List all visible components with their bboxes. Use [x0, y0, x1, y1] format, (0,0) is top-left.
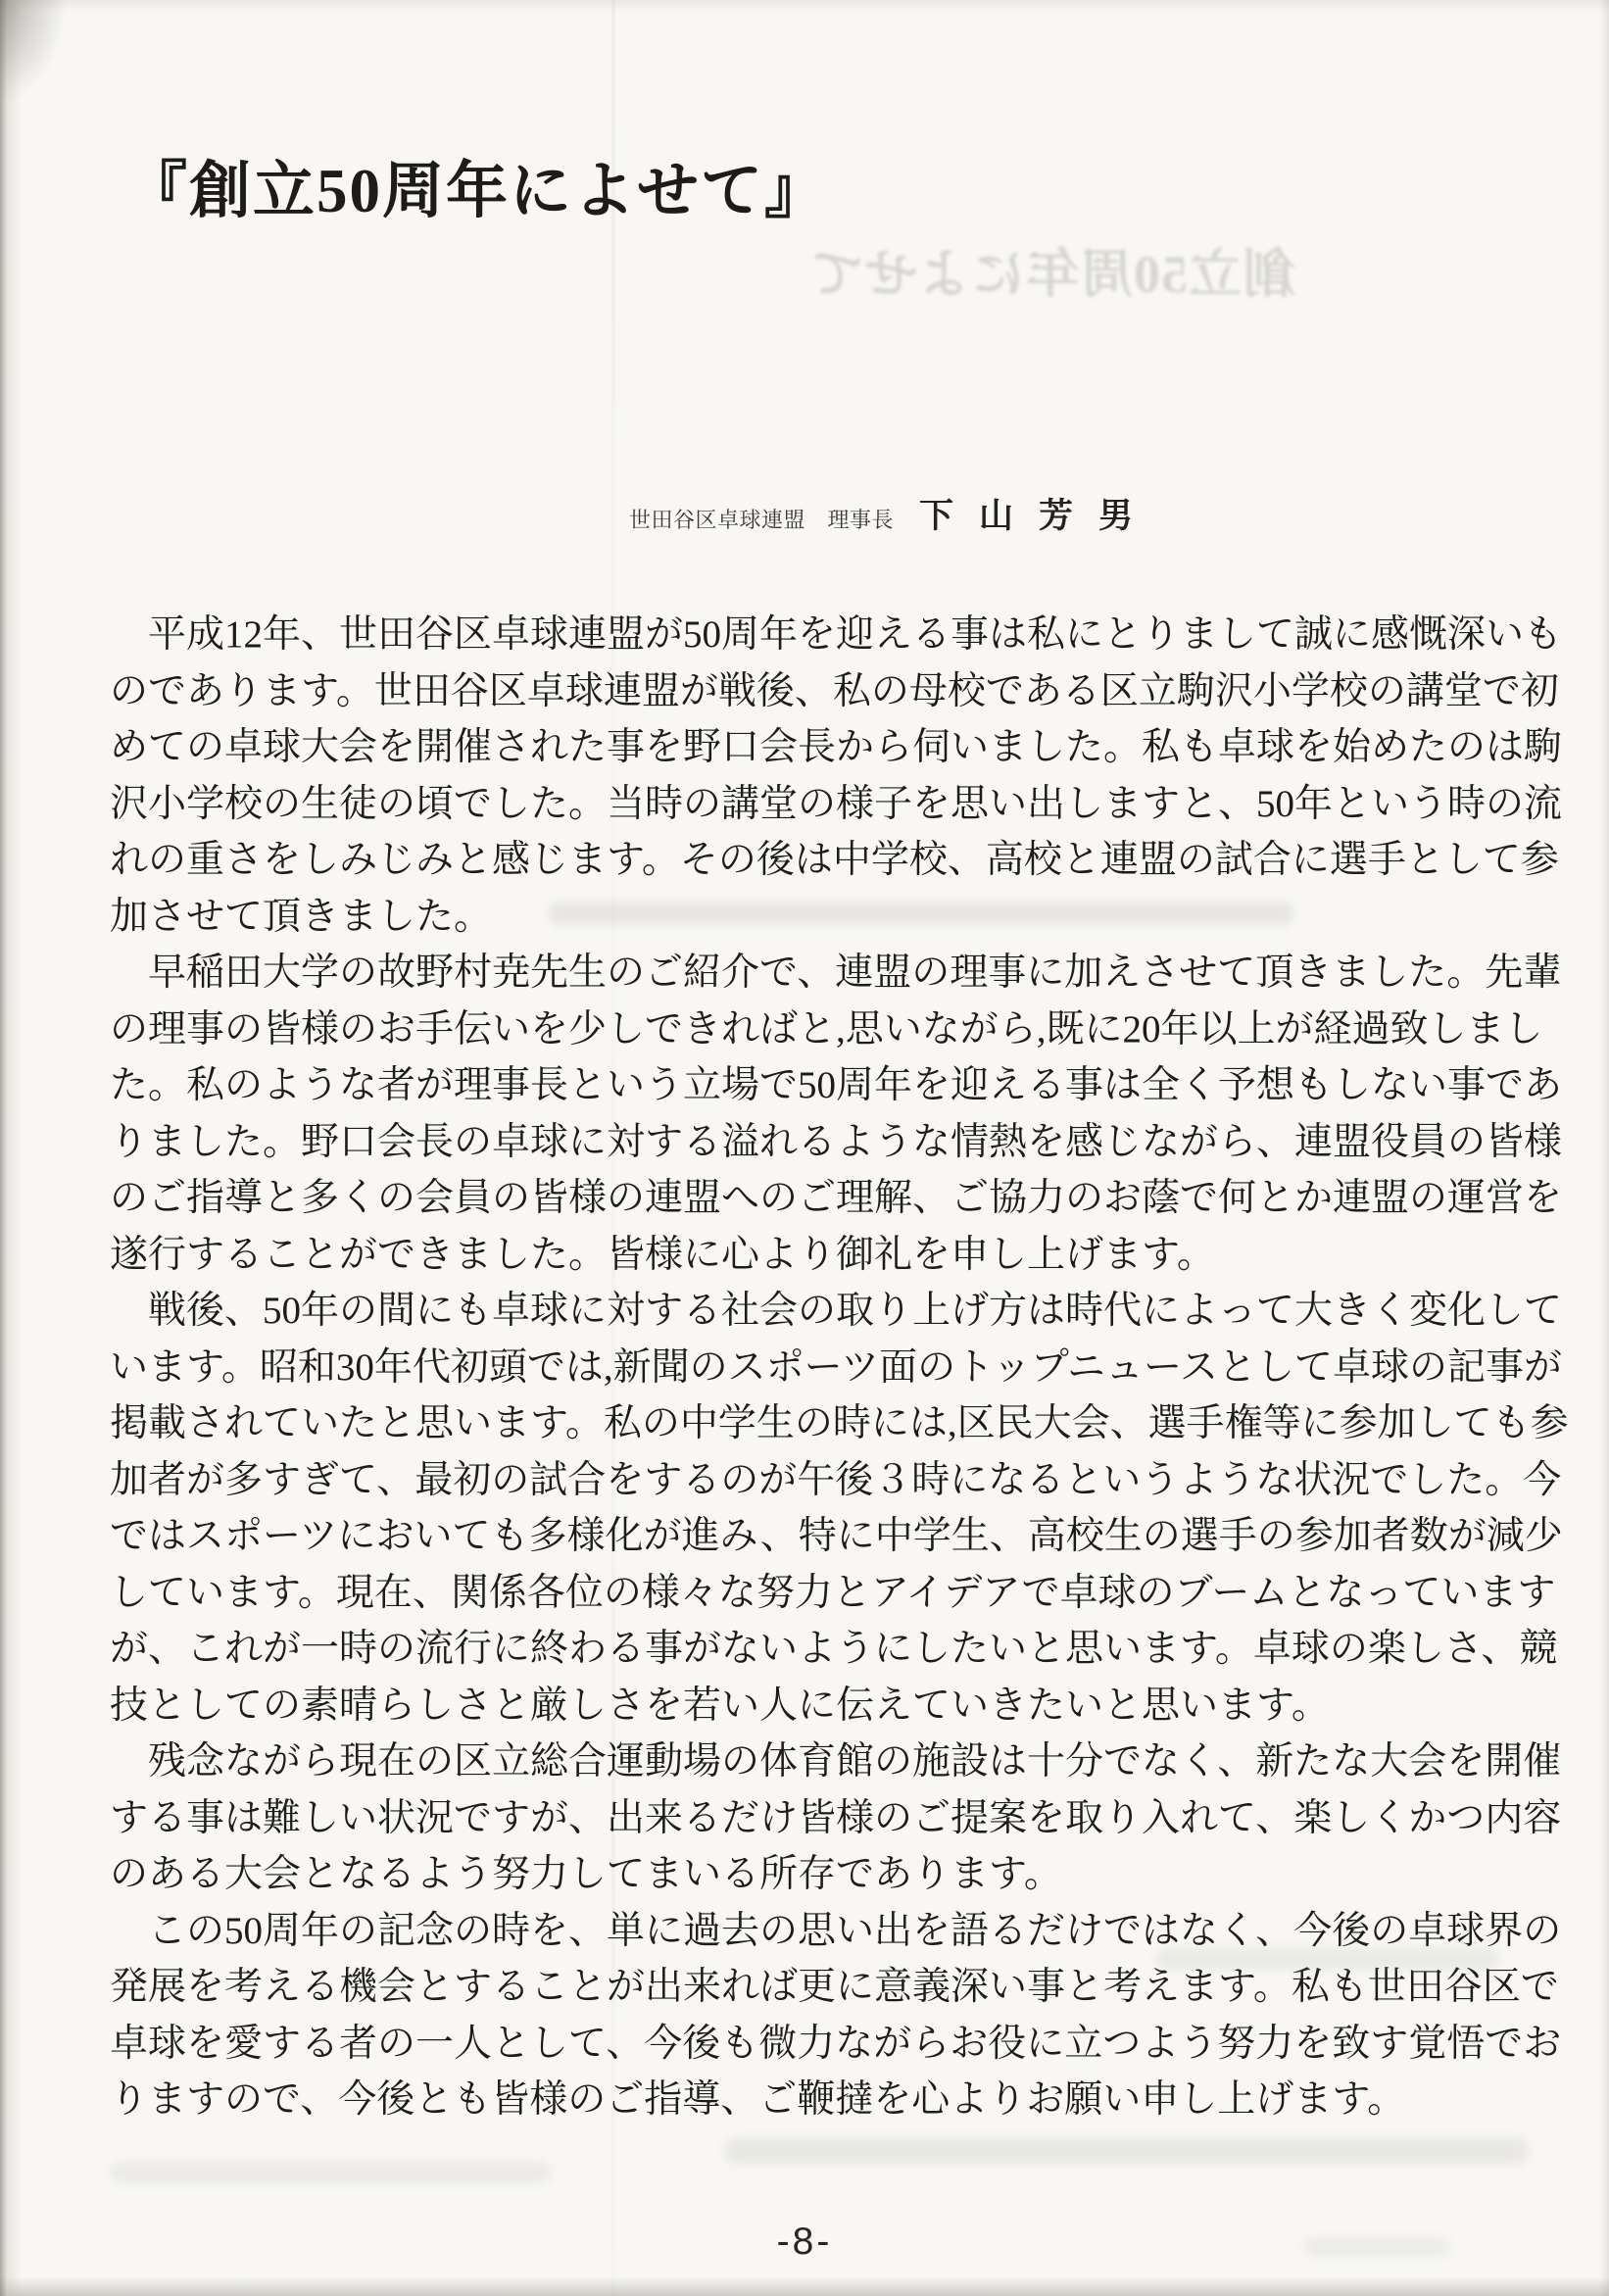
body-line: りますので、今後とも皆様のご指導、ご鞭撻を心よりお願い申し上げます。 — [110, 2072, 1491, 2128]
body-line: 加者が多すぎて、最初の試合をするのが午後３時になるというような状況でした。今 — [110, 1452, 1491, 1509]
body-line: しています。現在、関係各位の様々な努力とアイデアで卓球のブームとなっています — [110, 1565, 1491, 1622]
body-line: りました。野口会長の卓球に対する溢れるような情熱を感じながら、連盟役員の皆様 — [110, 1114, 1491, 1171]
body-line: います。昭和30年代初頭では,新聞のスポーツ面のトップニュースとして卓球の記事が — [110, 1340, 1491, 1396]
body-line: 卓球を愛する者の一人として、今後も微力ながらお役に立つよう努力を致す覚悟でお — [110, 2016, 1491, 2073]
showthrough-smudge — [1156, 1948, 1499, 1970]
body-line: のある大会となるよう努力してまいる所存であります。 — [110, 1846, 1491, 1903]
body-line: 技としての素晴らしさと厳しさを若い人に伝えていきたいと思います。 — [110, 1678, 1491, 1734]
body-line: 早稲田大学の故野村尭先生のご紹介で、連盟の理事に加えさせて頂きました。先輩 — [110, 945, 1491, 1001]
body-line: 残念ながら現在の区立総合運動場の体育館の施設は十分でなく、新たな大会を開催 — [110, 1734, 1491, 1790]
author-organization: 世田谷区卓球連盟 理事長 — [629, 504, 894, 534]
body-line: のであります。世田谷区卓球連盟が戦後、私の母校である区立駒沢小学校の講堂で初 — [110, 663, 1491, 720]
author-name: 下山芳男 — [919, 489, 1158, 538]
body-line: 掲載されていたと思います。私の中学生の時には,区民大会、選手権等に参加しても参 — [110, 1395, 1491, 1452]
page-title: 『創立50周年によせて』 — [125, 157, 828, 225]
document-body: 平成12年、世田谷区卓球連盟が50周年を迎える事は私にとりまして誠に感慨深いもの… — [110, 607, 1491, 2128]
showthrough-ghost-title: 創立50周年によせて — [809, 245, 1295, 304]
body-line: 沢小学校の生徒の頃でした。当時の講堂の様子を思い出しますと、50年という時の流 — [110, 776, 1491, 833]
body-line: た。私のような者が理事長という立場で50周年を迎える事は全く予想もしない事であ — [110, 1057, 1491, 1114]
body-line: が、これが一時の流行に終わる事がないようにしたいと思います。卓球の楽しさ、競 — [110, 1621, 1491, 1678]
page-number: -8- — [0, 2221, 1609, 2264]
scanned-document-page: 創立50周年によせて 『創立50周年によせて』 世田谷区卓球連盟 理事長 下山芳… — [0, 0, 1609, 2296]
byline: 世田谷区卓球連盟 理事長 下山芳男 — [629, 489, 1158, 538]
body-line: 平成12年、世田谷区卓球連盟が50周年を迎える事は私にとりまして誠に感慨深いも — [110, 607, 1491, 663]
showthrough-smudge — [549, 902, 1293, 925]
body-line: 遂行することができました。皆様に心より御礼を申し上げます。 — [110, 1227, 1491, 1284]
body-line: めての卓球大会を開催された事を野口会長から伺いました。私も卓球を始めたのは駒 — [110, 719, 1491, 776]
body-line: れの重さをしみじみと感じます。その後は中学校、高校と連盟の試合に選手として参 — [110, 832, 1491, 889]
showthrough-smudge — [725, 2138, 1529, 2164]
body-line: のご指導と多くの会員の皆様の連盟へのご理解、ご協力のお蔭で何とか連盟の運営を — [110, 1170, 1491, 1227]
body-line: 戦後、50年の間にも卓球に対する社会の取り上げ方は時代によって大きく変化して — [110, 1283, 1491, 1340]
body-line: する事は難しい状況ですが、出来るだけ皆様のご提案を取り入れて、楽しくかつ内容 — [110, 1790, 1491, 1847]
body-line: ではスポーツにおいても多様化が進み、特に中学生、高校生の選手の参加者数が減少 — [110, 1508, 1491, 1565]
showthrough-smudge — [110, 2162, 551, 2183]
body-line: の理事の皆様のお手伝いを少しできればと,思いながら,既に20年以上が経過致しまし — [110, 1001, 1491, 1058]
